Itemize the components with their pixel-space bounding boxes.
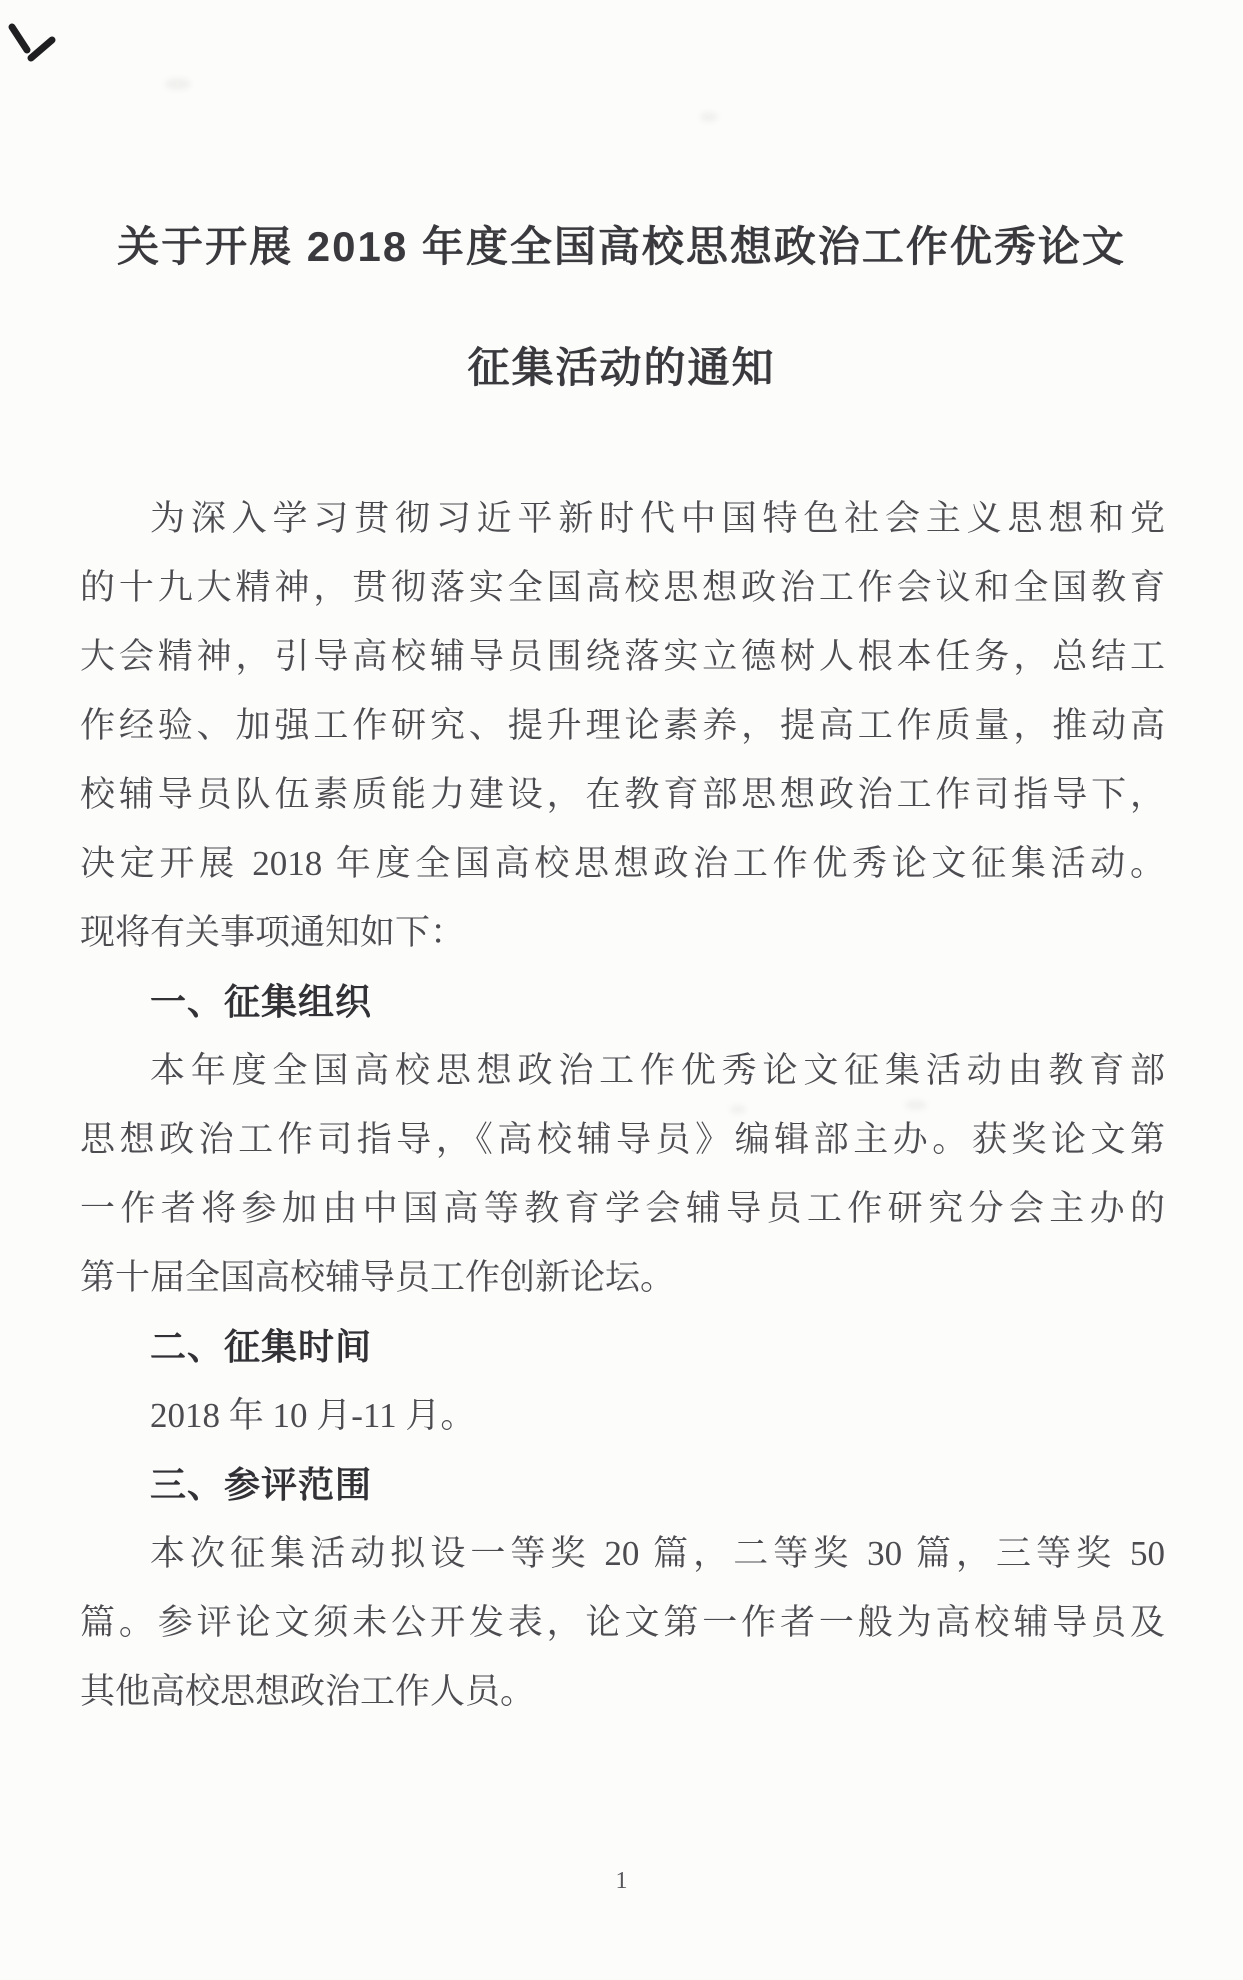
section-1-line: 第十届全国高校辅导员工作创新论坛。 xyxy=(80,1243,1165,1312)
intro-line: 校辅导员队伍素质能力建设，在教育部思想政治工作司指导下， xyxy=(80,760,1165,829)
intro-line: 现将有关事项通知如下： xyxy=(80,898,1165,967)
scan-smudge xyxy=(700,112,718,122)
document-title: 关于开展 2018 年度全国高校思想政治工作优秀论文 征集活动的通知 xyxy=(80,186,1163,428)
intro-line: 大会精神，引导高校辅导员围绕落实立德树人根本任务，总结工 xyxy=(80,622,1165,691)
scanned-notice-page: 关于开展 2018 年度全国高校思想政治工作优秀论文 征集活动的通知 为深入学习… xyxy=(0,0,1243,1980)
section-3-line: 本次征集活动拟设一等奖 20 篇，二等奖 30 篇，三等奖 50 xyxy=(80,1519,1165,1588)
section-heading-1: 一、征集组织 xyxy=(80,967,1165,1036)
section-1-line: 一作者将参加由中国高等教育学会辅导员工作研究分会主办的 xyxy=(80,1174,1165,1243)
intro-line: 决定开展 2018 年度全国高校思想政治工作优秀论文征集活动。 xyxy=(80,829,1165,898)
document-title-line-1: 关于开展 2018 年度全国高校思想政治工作优秀论文 xyxy=(80,186,1163,307)
intro-line: 的十九大精神，贯彻落实全国高校思想政治工作会议和全国教育 xyxy=(80,553,1165,622)
section-1-line: 思想政治工作司指导，《高校辅导员》编辑部主办。获奖论文第 xyxy=(80,1105,1165,1174)
document-body: 为深入学习贯彻习近平新时代中国特色社会主义思想和党 的十九大精神，贯彻落实全国高… xyxy=(80,484,1165,1726)
section-3-line: 其他高校思想政治工作人员。 xyxy=(80,1657,1165,1726)
page-number: 1 xyxy=(0,1868,1243,1895)
section-3-line: 篇。参评论文须未公开发表，论文第一作者一般为高校辅导员及 xyxy=(80,1588,1165,1657)
section-heading-3: 三、参评范围 xyxy=(80,1450,1165,1519)
document-title-line-2: 征集活动的通知 xyxy=(80,307,1163,428)
scan-artifact-corner-marks xyxy=(0,0,90,90)
intro-line: 作经验、加强工作研究、提升理论素养，提高工作质量，推动高 xyxy=(80,691,1165,760)
intro-line: 为深入学习贯彻习近平新时代中国特色社会主义思想和党 xyxy=(80,484,1165,553)
section-heading-2: 二、征集时间 xyxy=(80,1312,1165,1381)
section-1-line: 本年度全国高校思想政治工作优秀论文征集活动由教育部 xyxy=(80,1036,1165,1105)
scan-smudge xyxy=(165,78,191,90)
section-2-line: 2018 年 10 月-11 月。 xyxy=(80,1381,1165,1450)
